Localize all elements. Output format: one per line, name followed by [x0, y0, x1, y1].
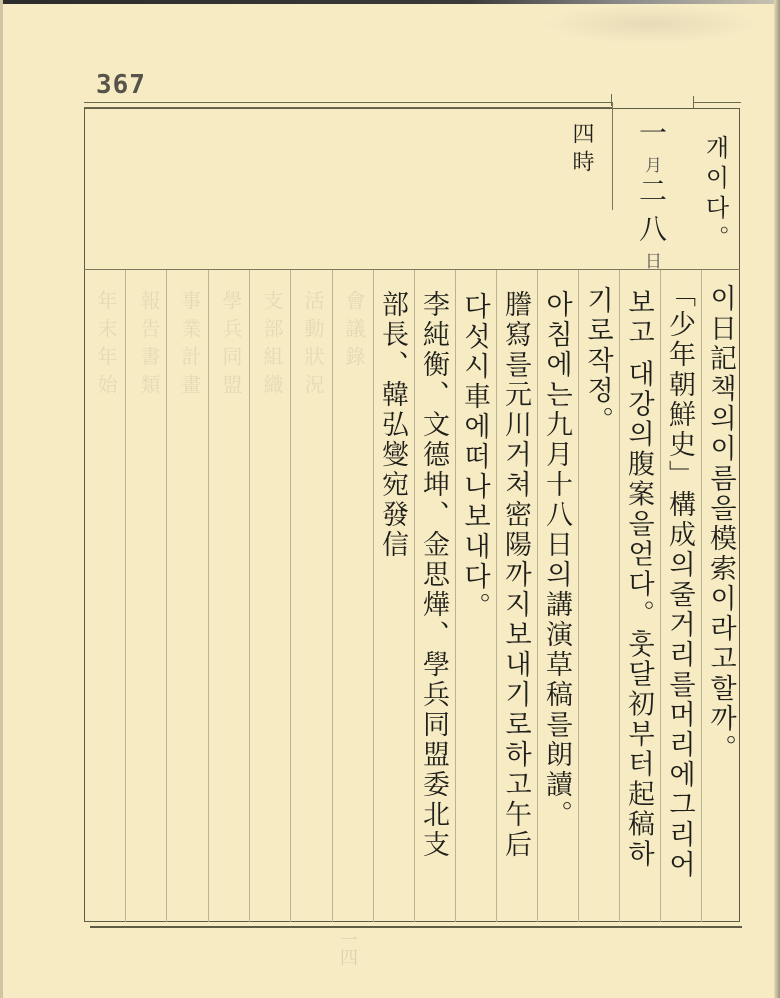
column-rule [496, 270, 497, 922]
show-through-text: 支部組織 [259, 290, 285, 890]
show-through-text: 學兵同盟 [218, 290, 244, 890]
diary-line-7: 다섯시車에떠나보내다。 [459, 292, 489, 622]
date-day-unit: 日 [641, 252, 661, 272]
date-month-unit: 月 [641, 156, 661, 176]
diary-line-2: 「少年朝鮮史」構成의줄거리를머리에그리어 [664, 280, 694, 880]
show-through-text: 會議錄 [341, 290, 367, 890]
column-rule [619, 270, 620, 922]
column-rule [414, 270, 415, 922]
column-rule [249, 270, 250, 922]
show-through-text: 活動狀況 [300, 290, 326, 890]
diary-line-4: 기로작정。 [582, 286, 612, 436]
diary-line-1: 이日記책의이름을模索이라고할까。 [705, 284, 735, 764]
column-rule [578, 270, 579, 922]
column-rule [701, 270, 702, 922]
diary-line-8: 李純衡、文德坤、金思燁、學兵同盟委北支 [418, 290, 448, 860]
column-rule [166, 270, 167, 922]
show-through-text: 事業計畫 [177, 290, 203, 890]
diary-line-9: 部長、韓弘燮宛發信 [377, 290, 407, 560]
column-rule [373, 270, 374, 922]
diary-line-3: 보고 대강의腹案을얻다。훗달初부터起稿하 [623, 288, 653, 870]
show-through-mark: 一四 [330, 930, 360, 980]
column-rule [455, 270, 456, 922]
column-rule [332, 270, 333, 922]
scan-edge-left [0, 0, 3, 998]
diary-line-5: 아침에는九月十八日의講演草稿를朗讀。 [541, 290, 571, 830]
page-number: 367 [96, 70, 146, 100]
date: 一月二八日 [636, 118, 666, 272]
scan-shadow [540, 4, 760, 44]
frame-tick [693, 96, 694, 108]
scan-edge-right [774, 0, 780, 998]
time-text: 四時 [566, 122, 596, 178]
date-day: 二八 [635, 176, 668, 252]
column-rule [208, 270, 209, 922]
column-rule [537, 270, 538, 922]
column-rule [290, 270, 291, 922]
show-through-text: 年末年始 [93, 290, 119, 890]
column-rule [660, 270, 661, 922]
show-through-text: 報告書類 [136, 290, 162, 890]
diary-line-6: 謄寫를元川거쳐密陽까지보내기로하고午后 [500, 290, 530, 860]
weather-text: 개이다。 [700, 135, 730, 255]
header-vertical-rule [612, 102, 613, 210]
column-rule [125, 270, 126, 922]
frame-top-right-rule [693, 102, 741, 103]
frame-bottom-rule [90, 926, 742, 928]
date-month: 一 [635, 118, 668, 156]
